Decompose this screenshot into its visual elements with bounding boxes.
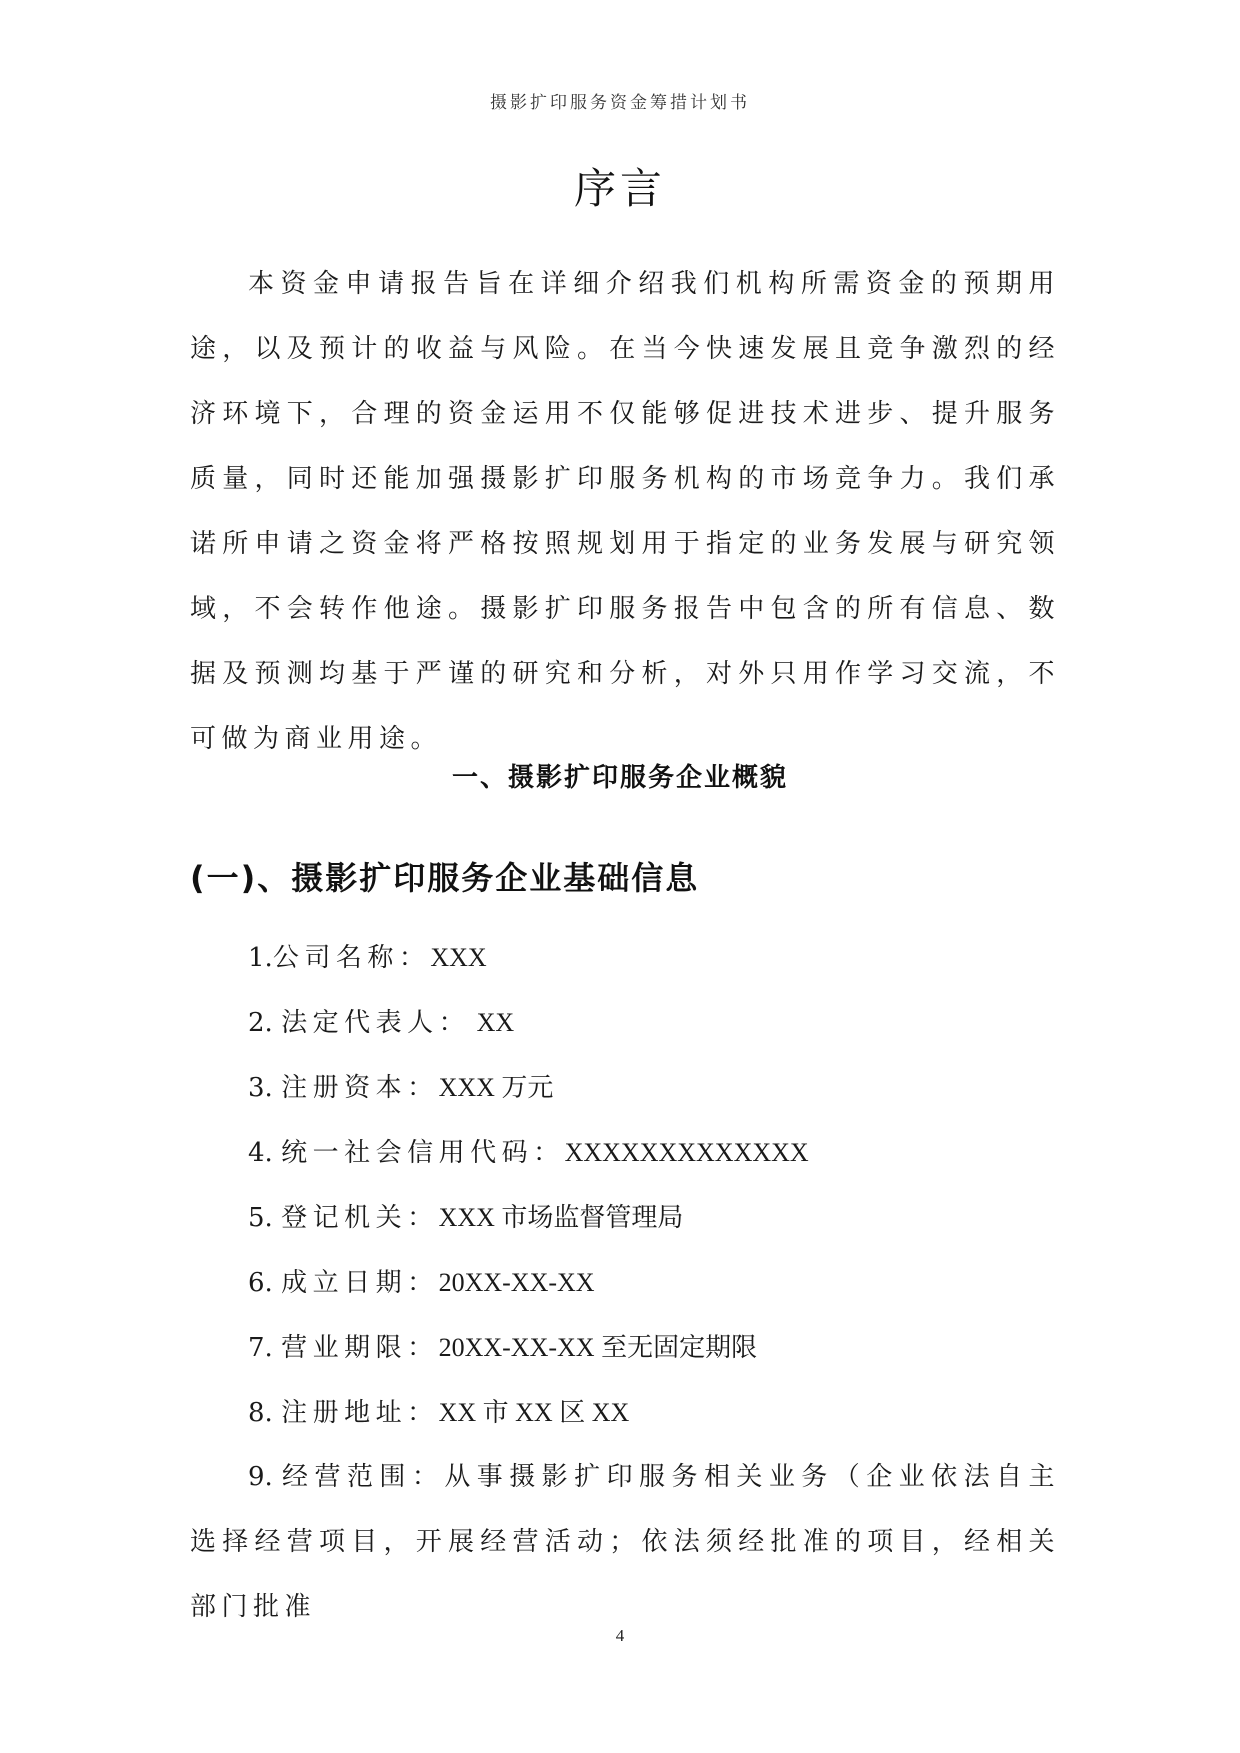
item-number: 5. (248, 1203, 281, 1233)
item-value: 20XX-XX-XX (439, 1268, 595, 1297)
page-title: 序言 (0, 156, 1240, 216)
item-number: 8. (248, 1398, 281, 1428)
item-label: 注册地址： (281, 1398, 439, 1428)
item-value: 20XX-XX-XX 至无固定期限 (439, 1333, 757, 1362)
list-item-legal-representative: 2. 法定代表人： XX (190, 990, 1060, 1055)
company-info-list: 1.公司名称：XXX 2. 法定代表人： XX 3. 注册资本：XXX 万元 4… (190, 925, 1060, 1640)
preface-paragraph: 本资金申请报告旨在详细介绍我们机构所需资金的预期用途，以及预计的收益与风险。在当… (190, 252, 1060, 772)
preface-section: 本资金申请报告旨在详细介绍我们机构所需资金的预期用途，以及预计的收益与风险。在当… (190, 252, 1060, 772)
item-number: 6. (248, 1268, 281, 1298)
running-header: 摄影扩印服务资金筹措计划书 (0, 88, 1240, 113)
list-item-company-name: 1.公司名称：XXX (190, 925, 1060, 990)
list-item-establishment-date: 6. 成立日期：20XX-XX-XX (190, 1250, 1060, 1315)
list-item-registered-address: 8. 注册地址：XX 市 XX 区 XX (190, 1380, 1060, 1445)
item-value: XXX 万元 (439, 1073, 554, 1102)
item-number: 9. (248, 1462, 282, 1492)
list-item-business-scope: 9. 经营范围：从事摄影扩印服务相关业务（企业依法自主选择经营项目，开展经营活动… (190, 1445, 1060, 1640)
item-label: 公司名称： (273, 943, 431, 973)
item-value: XXXXXXXXXXXXX (565, 1138, 809, 1167)
item-label: 营业期限： (281, 1333, 439, 1363)
item-value: XX (470, 1008, 514, 1037)
item-label: 统一社会信用代码： (281, 1138, 565, 1168)
item-number: 7. (248, 1333, 281, 1363)
list-item-business-term: 7. 营业期限：20XX-XX-XX 至无固定期限 (190, 1315, 1060, 1380)
item-label: 法定代表人： (281, 1008, 470, 1038)
item-value: XXX (430, 943, 486, 972)
item-label: 经营范围： (282, 1462, 444, 1492)
item-number: 4. (248, 1138, 281, 1168)
item-number: 1. (248, 943, 273, 973)
item-label: 登记机关： (281, 1203, 439, 1233)
item-value: XXX 市场监督管理局 (439, 1203, 684, 1232)
item-value: XX 市 XX 区 XX (439, 1398, 630, 1427)
item-label: 注册资本： (281, 1073, 439, 1103)
subsection-heading: (一)、摄影扩印服务企业基础信息 (190, 853, 699, 899)
document-page: 摄影扩印服务资金筹措计划书 序言 本资金申请报告旨在详细介绍我们机构所需资金的预… (0, 0, 1240, 1753)
item-number: 2. (248, 1008, 281, 1038)
item-number: 3. (248, 1073, 281, 1103)
list-item-registration-authority: 5. 登记机关：XXX 市场监督管理局 (190, 1185, 1060, 1250)
item-label: 成立日期： (281, 1268, 439, 1298)
page-number: 4 (0, 1626, 1240, 1646)
list-item-registered-capital: 3. 注册资本：XXX 万元 (190, 1055, 1060, 1120)
list-item-credit-code: 4. 统一社会信用代码：XXXXXXXXXXXXX (190, 1120, 1060, 1185)
section-heading: 一、摄影扩印服务企业概貌 (0, 757, 1240, 794)
